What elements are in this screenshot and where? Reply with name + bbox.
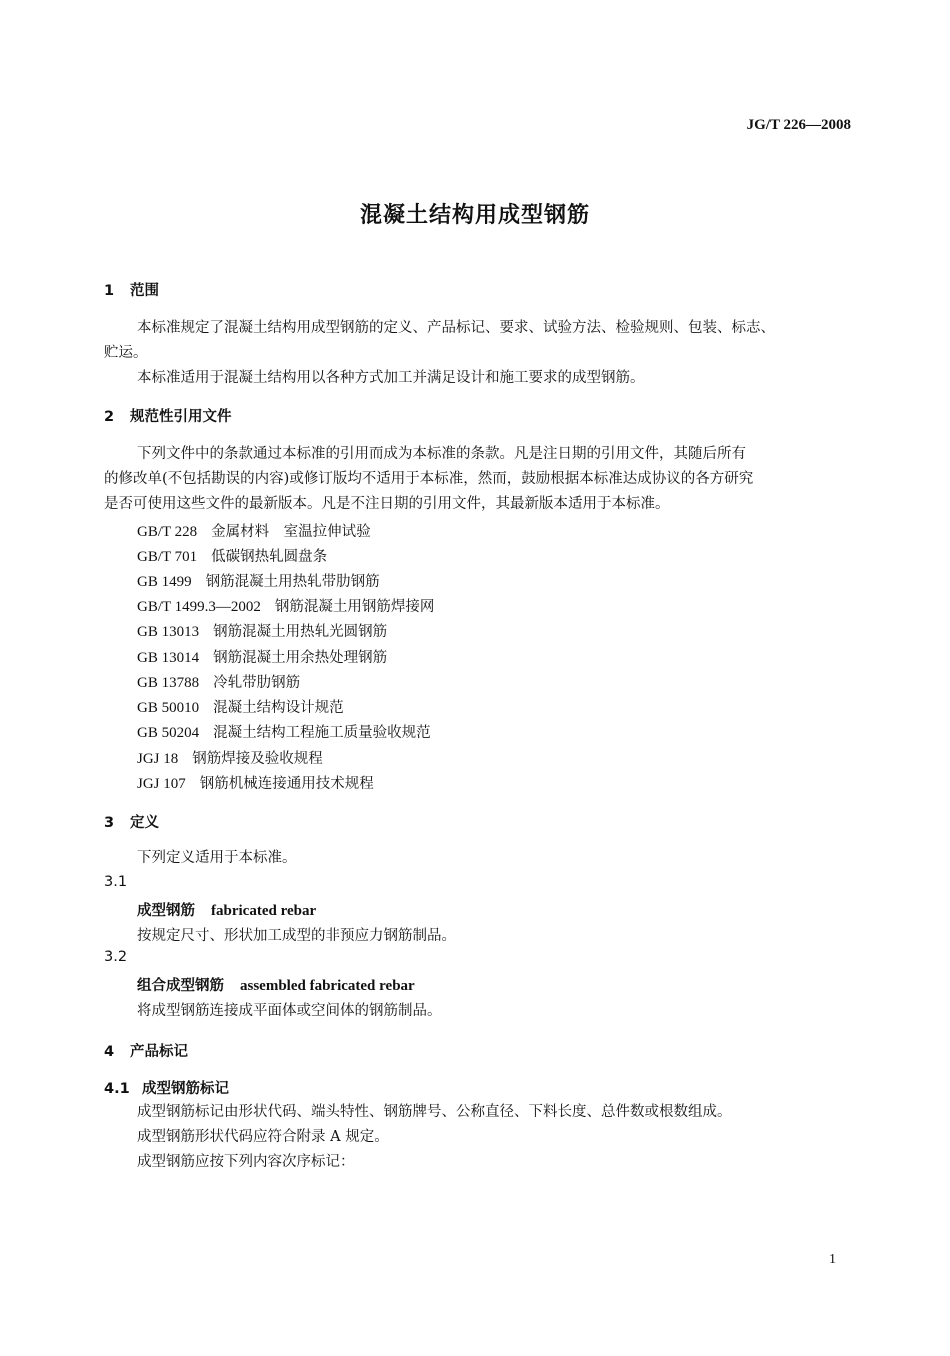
term-number: 3.1: [104, 874, 127, 890]
page-number: 1: [829, 1252, 836, 1268]
standard-code: JG/T 226—2008: [747, 117, 851, 134]
reference-item: JGJ 18钢筋焊接及验收规程: [137, 747, 323, 768]
term-definition: 将成型钢筋连接成平面体或空间体的钢筋制品。: [137, 999, 442, 1025]
paragraph: 贮运。: [104, 341, 148, 367]
term-number: 3.2: [104, 949, 127, 965]
reference-item: JGJ 107钢筋机械连接通用技术规程: [137, 772, 374, 793]
paragraph: 成型钢筋标记由形状代码、端头特性、钢筋牌号、公称直径、下料长度、总件数或根数组成…: [137, 1100, 732, 1126]
section-title: 范围: [130, 283, 159, 299]
section-number: 2: [104, 409, 130, 425]
term-name: 组合成型钢筋assembled fabricated rebar: [137, 974, 415, 995]
paragraph: 下列文件中的条款通过本标准的引用而成为本标准的条款。凡是注日期的引用文件，其随后…: [137, 442, 746, 468]
paragraph: 本标准适用于混凝土结构用以各种方式加工并满足设计和施工要求的成型钢筋。: [137, 366, 645, 392]
section-4-heading: 4产品标记: [104, 1040, 188, 1061]
paragraph: 本标准规定了混凝土结构用成型钢筋的定义、产品标记、要求、试验方法、检验规则、包装…: [137, 316, 775, 342]
reference-item: GB/T 1499.3—2002钢筋混凝土用钢筋焊接网: [137, 595, 434, 616]
term-definition: 按规定尺寸、形状加工成型的非预应力钢筋制品。: [137, 924, 456, 950]
section-number: 3: [104, 815, 130, 831]
document-title: 混凝土结构用成型钢筋: [0, 198, 950, 229]
reference-item: GB 13014钢筋混凝土用余热处理钢筋: [137, 646, 387, 667]
section-title: 产品标记: [130, 1044, 188, 1060]
section-title: 规范性引用文件: [130, 409, 232, 425]
paragraph: 的修改单(不包括勘误的内容)或修订版均不适用于本标准，然而，鼓励根据本标准达成协…: [104, 467, 753, 493]
paragraph: 是否可使用这些文件的最新版本。凡是不注日期的引用文件，其最新版本适用于本标准。: [104, 492, 670, 518]
section-3-heading: 3定义: [104, 811, 159, 832]
section-2-heading: 2规范性引用文件: [104, 405, 232, 426]
reference-item: GB 13788冷轧带肋钢筋: [137, 671, 300, 692]
section-1-heading: 1范围: [104, 279, 159, 300]
section-title: 定义: [130, 815, 159, 831]
term-name: 成型钢筋fabricated rebar: [137, 899, 316, 920]
reference-item: GB 50204混凝土结构工程施工质量验收规范: [137, 721, 431, 742]
paragraph: 下列定义适用于本标准。: [137, 846, 297, 872]
section-number: 1: [104, 283, 130, 299]
reference-item: GB 1499钢筋混凝土用热轧带肋钢筋: [137, 570, 380, 591]
paragraph: 成型钢筋形状代码应符合附录 A 规定。: [137, 1125, 389, 1151]
reference-item: GB 13013钢筋混凝土用热轧光圆钢筋: [137, 620, 387, 641]
subsection-4-1-heading: 4.1成型钢筋标记: [104, 1077, 229, 1098]
reference-item: GB/T 228金属材料 室温拉伸试验: [137, 520, 371, 541]
paragraph: 成型钢筋应按下列内容次序标记：: [137, 1150, 355, 1176]
reference-item: GB 50010混凝土结构设计规范: [137, 696, 344, 717]
section-number: 4: [104, 1044, 130, 1060]
reference-item: GB/T 701低碳钢热轧圆盘条: [137, 545, 327, 566]
